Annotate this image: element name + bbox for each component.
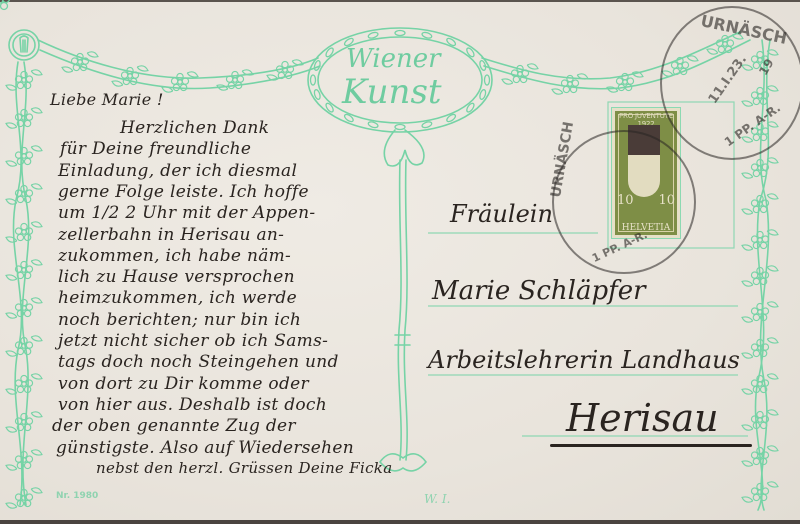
message-line: günstigste. Also auf Wiedersehen bbox=[56, 438, 354, 458]
message-line: lich zu Hause versprochen bbox=[58, 267, 295, 287]
message-line: tags doch noch Steingehen und bbox=[58, 352, 339, 372]
message-line: noch berichten; nur bin ich bbox=[58, 310, 301, 330]
message-line: von dort zu Dir komme oder bbox=[58, 374, 309, 394]
series-title: Wiener Kunst bbox=[312, 34, 487, 126]
card-bottom-edge bbox=[0, 520, 800, 524]
salutation: Liebe Marie ! bbox=[50, 90, 164, 109]
message-line: für Deine freundliche bbox=[60, 139, 251, 159]
postcard: Wiener Kunst Liebe Marie ! Herzlichen Da… bbox=[0, 0, 800, 520]
message-line: um 1/2 2 Uhr mit der Appen- bbox=[58, 203, 315, 223]
message-line: heimzukommen, ich werde bbox=[58, 288, 297, 308]
message-line: zellerbahn in Herisau an- bbox=[58, 225, 284, 245]
postmark-left bbox=[552, 130, 696, 274]
address-line-2: Marie Schläpfer bbox=[432, 276, 646, 306]
message-line: Herzlichen Dank bbox=[120, 118, 269, 138]
message-line: von hier aus. Deshalb ist doch bbox=[58, 395, 327, 415]
message-line: zukommen, ich habe näm- bbox=[58, 246, 291, 266]
series-title-line2: Kunst bbox=[342, 72, 442, 112]
message-line: der oben genannte Zug der bbox=[52, 416, 296, 436]
message-line: gerne Folge leiste. Ich hoffe bbox=[58, 182, 309, 202]
message-line: Einladung, der ich diesmal bbox=[58, 161, 297, 181]
address-line-3: Arbeitslehrerin Landhaus bbox=[428, 346, 740, 374]
publisher-number: Nr. 1980 bbox=[56, 491, 98, 501]
series-title-line1: Wiener bbox=[346, 44, 441, 74]
message-line: nebst den herzl. Grüssen Deine Ficka bbox=[96, 459, 392, 477]
address-line-4: Herisau bbox=[566, 396, 719, 440]
address-underline bbox=[550, 444, 752, 447]
address-line-1: Fräulein bbox=[450, 200, 553, 228]
message-line: jetzt nicht sicher ob ich Sams- bbox=[58, 331, 328, 351]
publisher-initials: W. I. bbox=[424, 492, 450, 506]
